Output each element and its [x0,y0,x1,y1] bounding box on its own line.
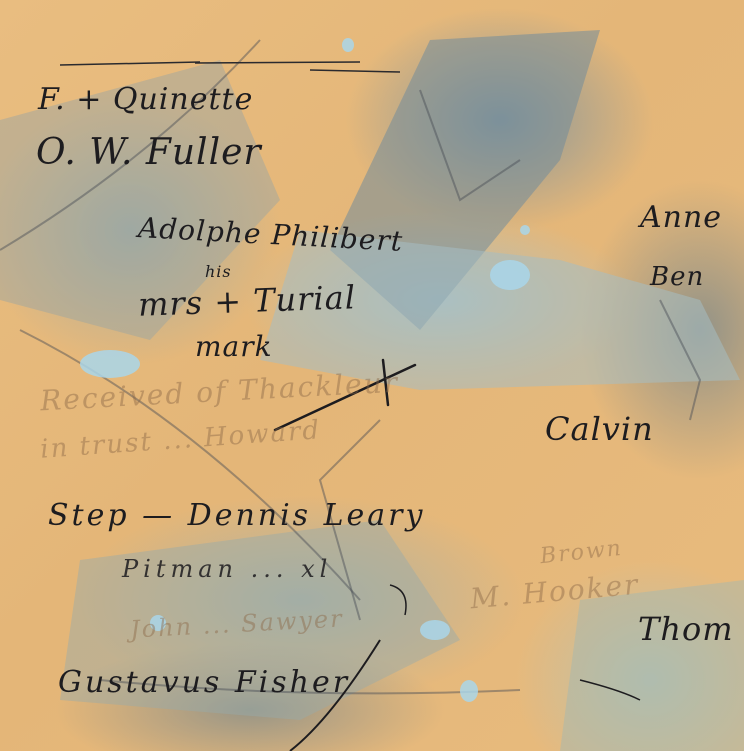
inscription: F. + Quinette [38,82,253,117]
inscription: Anne [640,200,722,235]
paint-speck [80,350,140,378]
paint-speck [420,620,450,640]
inscription: Step — Dennis Leary [48,498,425,533]
inscription: Gustavus Fisher [58,665,350,700]
paint-speck [342,38,354,52]
inscription: O. W. Fuller [36,132,262,173]
inscription: mrs + Turial [137,278,356,324]
inscription: Thom [638,610,734,648]
inscription: Ben [650,262,704,292]
inscription: Calvin [545,410,654,448]
inscription: his [205,262,232,281]
artwork-canvas: Received of Thackleur in trust ... Howar… [0,0,744,751]
paint-speck [520,225,530,235]
inscription: mark [195,330,273,363]
inscription: Pitman ... xl [122,555,332,583]
paint-speck [460,680,478,702]
paint-speck [490,260,530,290]
